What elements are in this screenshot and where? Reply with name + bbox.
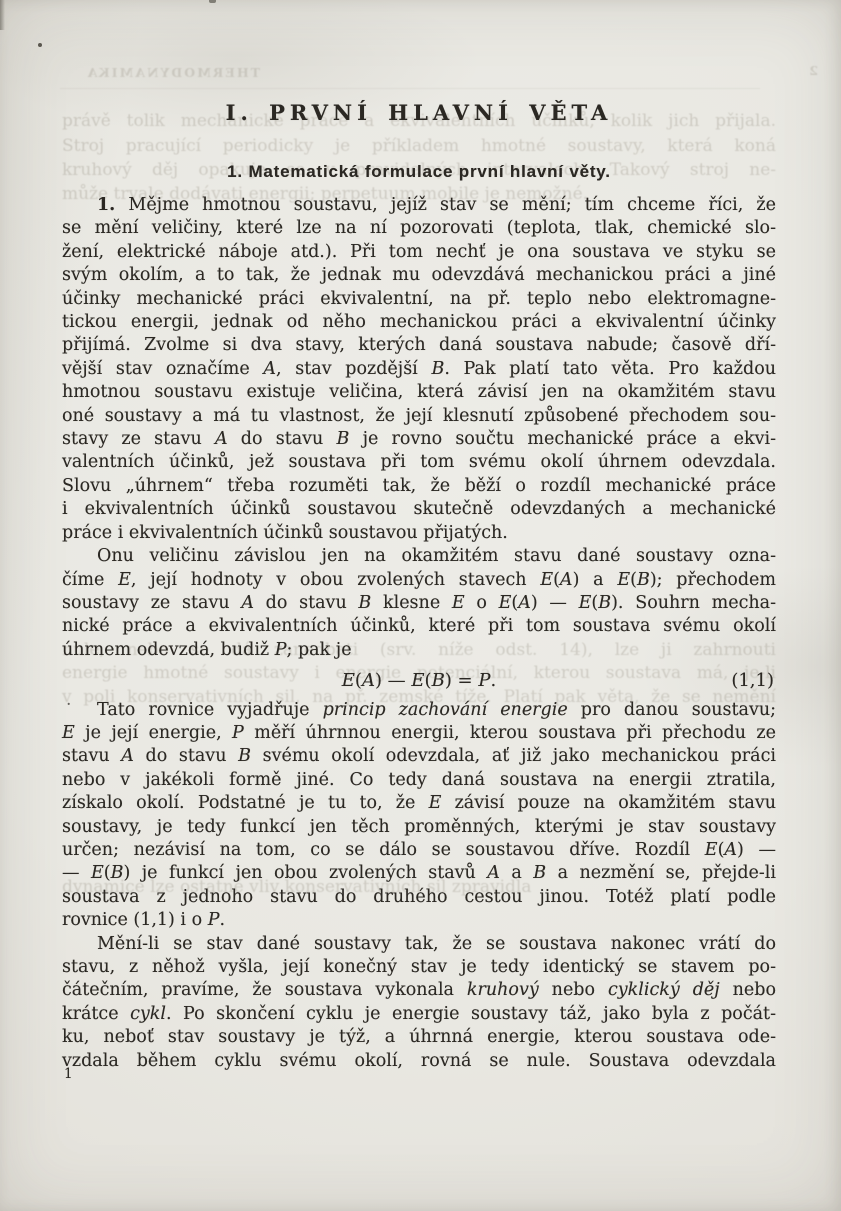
text-line: soustavy ze stavu A do stavu B klesne E … — [62, 592, 776, 615]
page-signature-mark: 1 — [64, 1066, 73, 1082]
text-line: stavu A do stavu B svému okolí odevzdala… — [62, 745, 776, 768]
text-line: Slovu „úhrnem“ třeba rozuměti tak, že bě… — [62, 475, 776, 498]
text-line: svým okolím, a to tak, že jednak mu odev… — [62, 264, 776, 287]
paragraph: 1. Mějme hmotnou soustavu, jejíž stav se… — [62, 194, 776, 545]
text-line: Mění-li se stav dané soustavy tak, že se… — [62, 933, 776, 956]
text-line: žení, elektrické náboje atd.). Při tom n… — [62, 241, 776, 264]
text-line: nické práce a ekvivalentních účinků, kte… — [62, 615, 776, 638]
edge-mark-artifact — [209, 0, 216, 3]
text-line: úhrnem odevzdá, budiž P; pak je — [62, 639, 776, 662]
text-line: práce i ekvivalentních účinků soustavou … — [62, 522, 776, 545]
body-text: 1. Mějme hmotnou soustavu, jejíž stav se… — [62, 194, 776, 1073]
text-line: vzdala během cyklu svému okolí, rovná se… — [62, 1050, 776, 1073]
book-page: THERMODYNAMIKA2právě tolik mechanické pr… — [0, 0, 841, 1211]
text-line: oné soustavy a má tu vlastnost, že její … — [62, 405, 776, 428]
section-heading: 1. Matematická formulace první hlavní vě… — [62, 162, 776, 182]
text-line: hmotnou soustavu existuje veličina, kter… — [62, 381, 776, 404]
ink-dot-artifact — [38, 43, 42, 47]
text-line: E je její energie, P měří úhrnnou energi… — [62, 722, 776, 745]
text-line: 1. Mějme hmotnou soustavu, jejíž stav se… — [62, 194, 776, 217]
paragraph: Tato rovnice vyjadřuje princip zachování… — [62, 699, 776, 933]
text-line: přijímá. Zvolme si dva stavy, kterých da… — [62, 334, 776, 357]
equation-number: (1,1) — [731, 669, 774, 692]
paragraph: Onu veličinu závislou jen na okamžitém s… — [62, 545, 776, 662]
equation-body: E(A) — E(B) = P. — [342, 670, 496, 691]
text-line: rovnice (1,1) i o P. — [62, 909, 776, 932]
ghost-rule-line — [60, 88, 760, 89]
text-line: stavy ze stavu A do stavu B je rovno sou… — [62, 428, 776, 451]
text-line: číme E, její hodnoty v obou zvolených st… — [62, 569, 776, 592]
text-line: — E(B) je funkcí jen obou zvolených stav… — [62, 862, 776, 885]
text-line: stavu, z něhož vyšla, její konečný stav … — [62, 956, 776, 979]
ghost-text-line: THERMODYNAMIKA — [60, 66, 260, 80]
text-line: získalo okolí. Podstatné je tu to, že E … — [62, 792, 776, 815]
text-line: účinky mechanické práci ekvivalentní, na… — [62, 288, 776, 311]
ghost-text-line: Stroj pracující periodicky je příkladem … — [62, 137, 776, 156]
text-line: soustava z jednoho stavu do druhého cest… — [62, 886, 776, 909]
text-line: čátečním, pravíme, že soustava vykonala … — [62, 979, 776, 1002]
text-line: Tato rovnice vyjadřuje princip zachování… — [62, 699, 776, 722]
text-line: nebo v jakékoli formě jiné. Co tedy daná… — [62, 769, 776, 792]
corner-shadow-artifact — [0, 0, 5, 30]
text-line: tickou energii, jednak od něho mechanick… — [62, 311, 776, 334]
text-line: určen; nezávisí na tom, co se dálo se so… — [62, 839, 776, 862]
paragraph: Mění-li se stav dané soustavy tak, že se… — [62, 933, 776, 1073]
text-line: i ekvivalentních účinků soustavou skuteč… — [62, 498, 776, 521]
text-line: soustavy, je tedy funkcí jen těch proměn… — [62, 816, 776, 839]
text-line: valentních účinků, jež soustava při tom … — [62, 451, 776, 474]
text-line: ku, neboť stav soustavy je týž, a úhrnná… — [62, 1026, 776, 1049]
text-line: se mění veličiny, které lze na ní pozoro… — [62, 217, 776, 240]
text-line: Onu veličinu závislou jen na okamžitém s… — [62, 545, 776, 568]
text-line: krátce cykl. Po skončení cyklu je energi… — [62, 1003, 776, 1026]
text-line: vější stav označíme A, stav pozdější B. … — [62, 358, 776, 381]
equation: E(A) — E(B) = P.(1,1) — [62, 669, 776, 692]
ghost-text-line: 2 — [798, 64, 818, 78]
chapter-title: I. PRVNÍ HLAVNÍ VĚTA — [62, 100, 776, 125]
